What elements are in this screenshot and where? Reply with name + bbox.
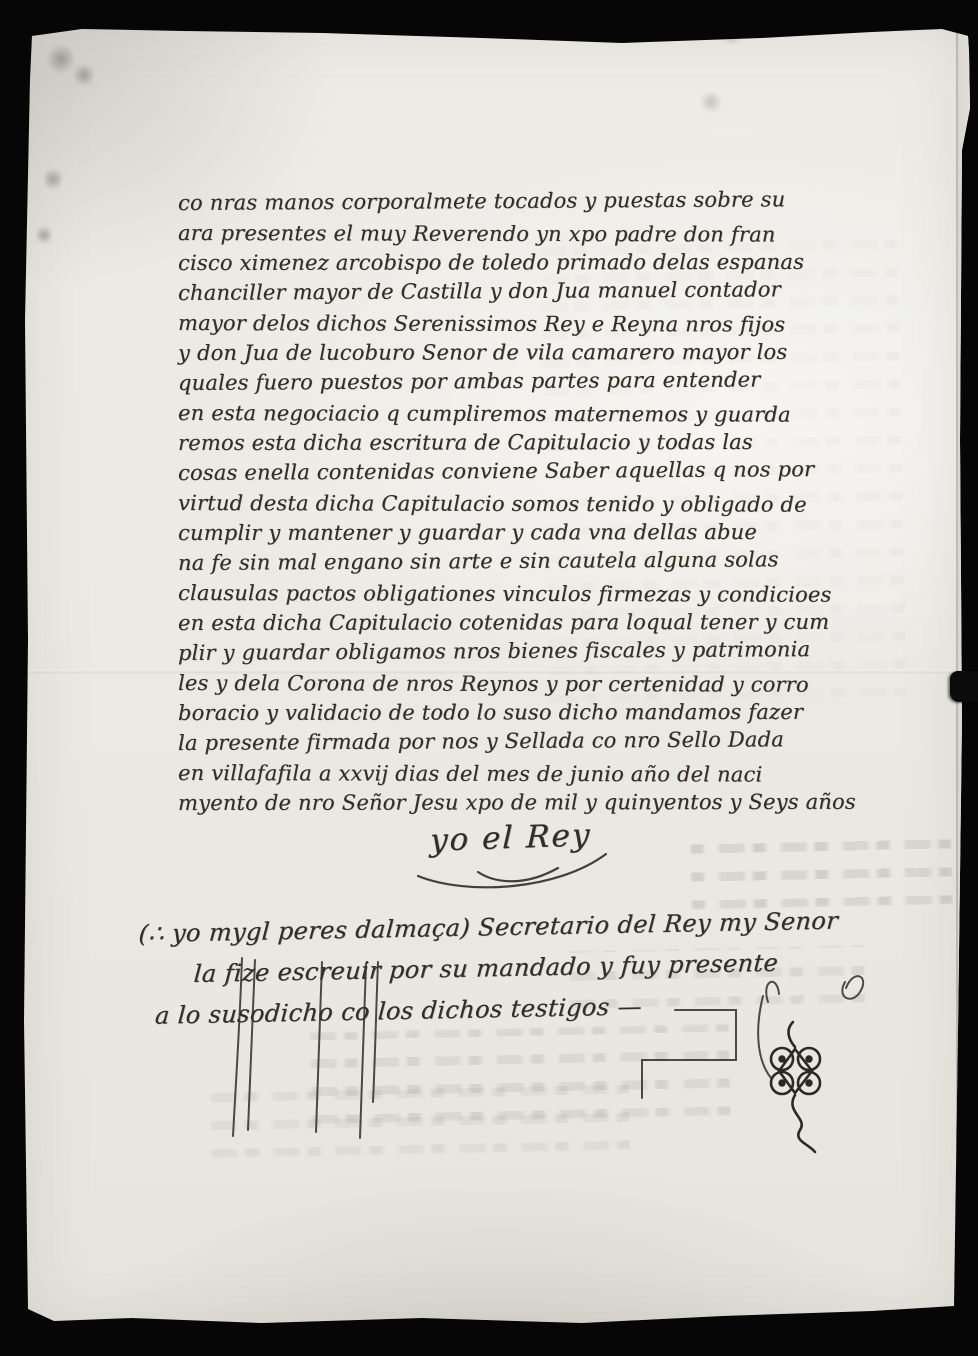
paper-stain (44, 166, 62, 192)
paper-stain (721, 28, 743, 44)
manuscript-text-line: quales fuero puestos por ambas partes pa… (178, 364, 902, 398)
manuscript-text-line: plir y guardar obligamos nros bienes fis… (178, 634, 902, 668)
manuscript-text-line: cosas enella contenidas conviene Saber a… (178, 454, 902, 488)
manuscript-text-line: la presente firmada por nos y Sellada co… (178, 724, 902, 758)
manuscript-text-line: ara presentes el muy Reverendo yn xpo pa… (178, 218, 902, 250)
manuscript-text-line: en esta negociacio q cumpliremos materne… (178, 398, 902, 430)
manuscript-text-line: en villafafila a xxvij dias del mes de j… (178, 758, 902, 790)
paper-stain (48, 42, 74, 76)
binding-cord (950, 671, 978, 702)
manuscript-text-line: virtud desta dicha Capitulacio somos ten… (178, 488, 902, 520)
body-text-block: co nras manos corporalmete tocados y pue… (178, 188, 902, 818)
paper-stain (74, 62, 94, 88)
manuscript-text-line: les y dela Corona de nros Reynos y por c… (178, 668, 902, 700)
ink-bleedthrough (689, 820, 953, 909)
manuscript-text-line: mayor delos dichos Serenissimos Rey e Re… (178, 308, 902, 340)
manuscript-text-line: chanciller mayor de Castilla y don Jua m… (178, 274, 902, 308)
manuscript-text-line: clausulas pactos obligationes vinculos f… (178, 578, 902, 610)
manuscript-text-line: myento de nro Señor Jesu xpo de mil y qu… (178, 787, 902, 818)
notary-rubric-knot (755, 1020, 839, 1160)
manuscript-text-line: na fe sin mal engano sin arte e sin caut… (178, 544, 902, 578)
photograph-backdrop: co nras manos corporalmete tocados y pue… (0, 0, 978, 1356)
paper-stain (698, 92, 724, 112)
manuscript-text-line: co nras manos corporalmete tocados y pue… (178, 184, 902, 218)
manuscript-page: co nras manos corporalmete tocados y pue… (22, 20, 970, 1332)
paper-stain (36, 224, 52, 246)
royal-signature: yo el Rey (429, 817, 592, 859)
